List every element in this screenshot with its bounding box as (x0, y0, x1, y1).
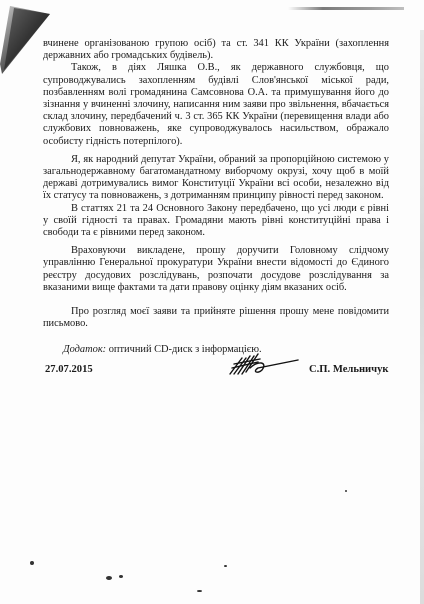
handwritten-signature (228, 350, 300, 378)
scan-speck (345, 490, 347, 492)
scanned-document-page: вчинене організованою групою осіб) та ст… (0, 0, 424, 604)
page-edge-shadow (420, 30, 424, 604)
scan-speck (30, 561, 34, 565)
document-body: вчинене організованою групою осіб) та ст… (43, 38, 389, 357)
paragraph-6: Про розгляд моєї заяви та прийняте рішен… (43, 306, 389, 330)
signer-name: С.П. Мельничук (309, 364, 389, 375)
scan-speck (224, 565, 227, 567)
appendix-line: Додаток: оптичний CD-диск з інформацією. (43, 344, 389, 356)
scan-streak (288, 7, 404, 10)
paragraph-4: В статтях 21 та 24 Основного Закону пере… (43, 203, 389, 240)
scan-speck (119, 575, 123, 578)
scan-speck (197, 590, 202, 592)
paragraph-2: Також, в діях Ляшка О.В., як державного … (43, 62, 389, 147)
paragraph-5: Враховуючи викладене, прошу доручити Гол… (43, 245, 389, 294)
paragraph-1: вчинене організованою групою осіб) та ст… (43, 38, 389, 62)
paragraph-3: Я, як народний депутат України, обраний … (43, 154, 389, 203)
document-date: 27.07.2015 (45, 364, 93, 375)
scan-speck (106, 576, 112, 580)
appendix-label: Додаток: (63, 344, 106, 355)
